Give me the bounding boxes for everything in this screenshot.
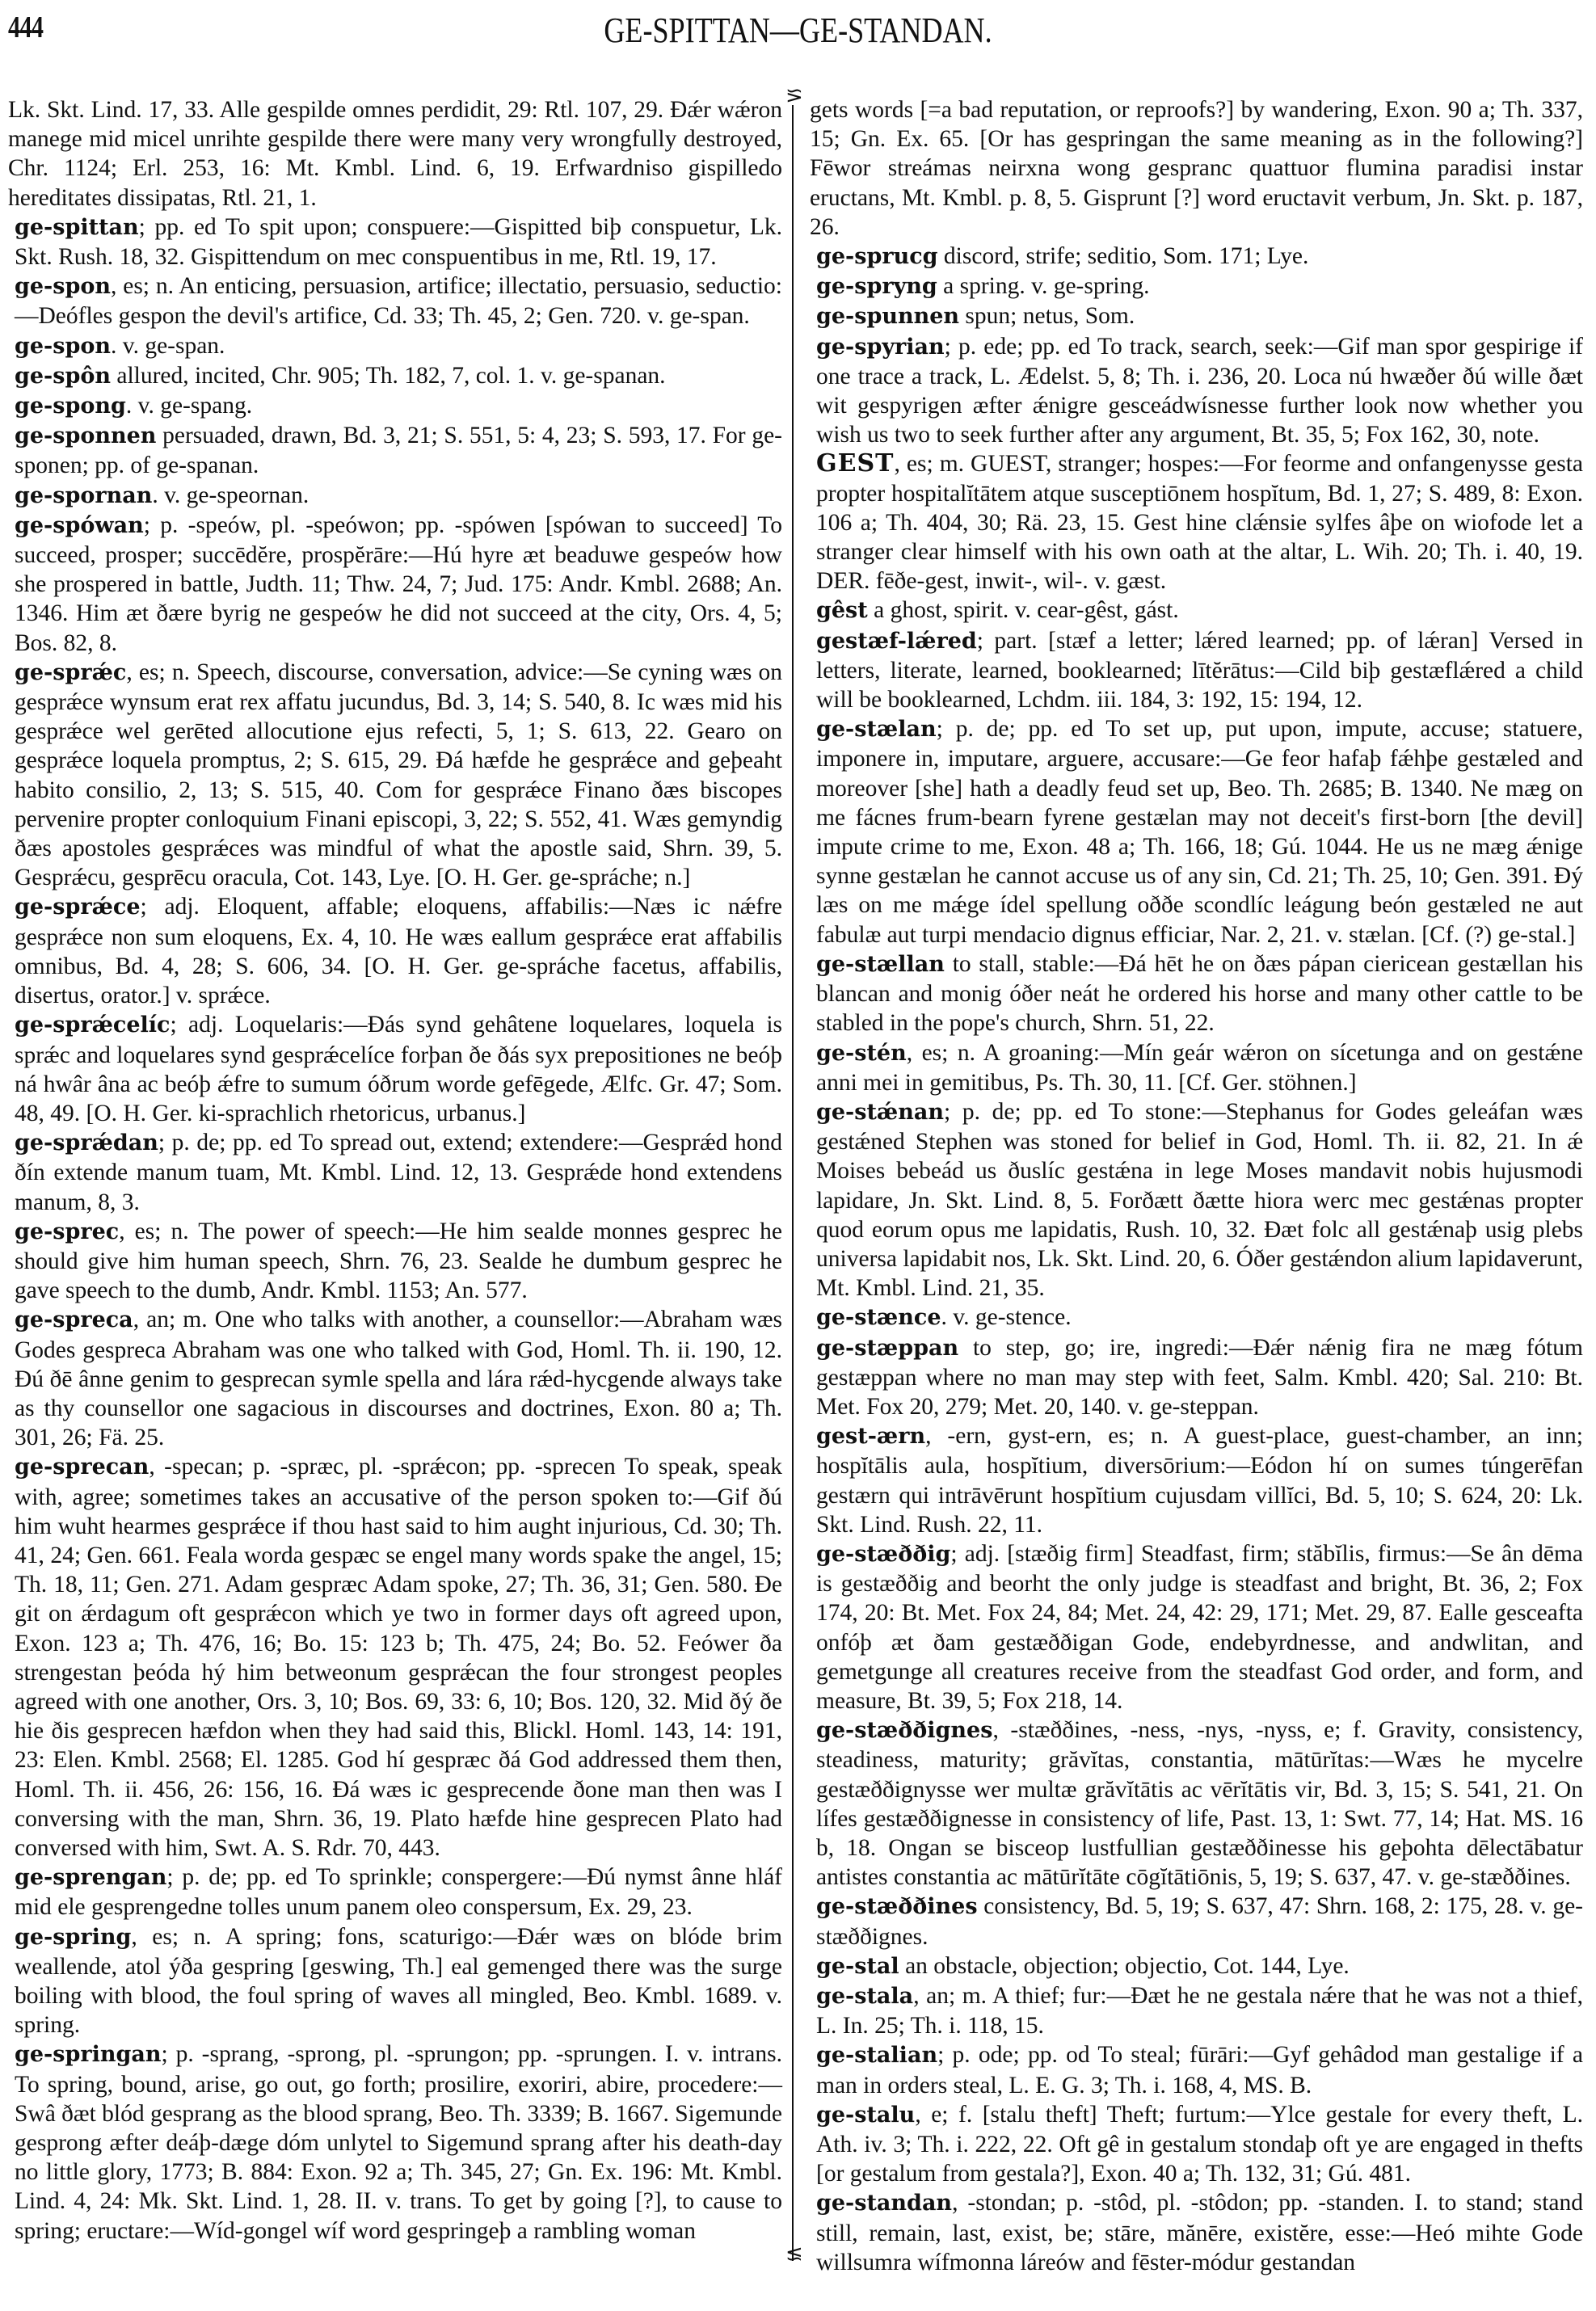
dictionary-entry: ge-spyrian; p. ede; pp. ed To track, sea… <box>810 332 1583 450</box>
headword: ge-stal <box>816 1954 899 1979</box>
page-header: 444 GE-SPITTAN—GE-STANDAN. <box>8 10 1588 58</box>
running-head: GE-SPITTAN—GE-STANDAN. <box>150 10 1446 51</box>
headword: ge-stalu <box>816 2103 915 2128</box>
headword: ge-stæððignes <box>816 1718 992 1743</box>
headword: ge-stæppan <box>816 1336 958 1361</box>
headword: ge-sprǽc <box>15 660 126 685</box>
dictionary-entry: ge-spryng a spring. v. ge-spring. <box>810 272 1583 301</box>
headword: ge-sprecan <box>15 1454 149 1480</box>
entry-continuation: gets words [=a bad reputation, or reproo… <box>810 95 1583 242</box>
dictionary-entry: ge-sprǽdan; p. de; pp. ed To spread out,… <box>8 1128 782 1217</box>
dictionary-entry: ge-spon. v. ge-span. <box>8 331 782 361</box>
dictionary-entry: ge-spittan; pp. ed To spit upon; conspue… <box>8 213 782 272</box>
dictionary-entry: ge-sponnen persuaded, drawn, Bd. 3, 21; … <box>8 421 782 480</box>
dictionary-entry: ge-stæððines consistency, Bd. 5, 19; S. … <box>810 1892 1583 1951</box>
headword: ge-sponnen <box>15 423 156 448</box>
dictionary-entry: ge-stællan to stall, stable:—Ðá hēt he o… <box>810 949 1583 1038</box>
definition-text: a ghost, spirit. v. cear-gêst, gást. <box>868 597 1179 623</box>
dictionary-entry: ge-sprec, es; n. The power of speech:—He… <box>8 1217 782 1306</box>
headword: GEST <box>816 449 894 478</box>
headword: ge-stænce <box>816 1305 941 1330</box>
left-column: Lk. Skt. Lind. 17, 33. Alle gespilde omn… <box>8 95 782 2246</box>
headword: ge-stæððines <box>816 1894 978 1919</box>
definition-text: , e; f. [stalu theft] Theft; furtum:—Ylc… <box>816 2102 1583 2187</box>
headword: gestæf-lǽred <box>816 629 977 654</box>
clasp-ornament-icon: ⪞ <box>785 86 803 107</box>
clasp-ornament-icon: ⪞ <box>785 2243 803 2264</box>
definition-text: an obstacle, objection; objectio, Cot. 1… <box>899 1953 1350 1979</box>
dictionary-entry: ge-sprǽce; adj. Eloquent, affable; eloqu… <box>8 892 782 1010</box>
dictionary-entry: gêst a ghost, spirit. v. cear-gêst, gást… <box>810 596 1583 625</box>
dictionary-entry: ge-stæððignes, -stæððines, -ness, -nys, … <box>810 1715 1583 1892</box>
headword: ge-spryng <box>816 274 937 299</box>
headword: ge-stællan <box>816 952 945 977</box>
dictionary-entry: ge-stén, es; n. A groaning:—Mín geár wǽr… <box>810 1038 1583 1097</box>
dictionary-entry: ge-spówan; p. -speów, pl. -speówon; pp. … <box>8 511 782 658</box>
headword: ge-spornan <box>15 483 152 508</box>
dictionary-entry: gestæf-lǽred; part. [stæf a letter; lǽre… <box>810 626 1583 715</box>
dictionary-entry: ge-sprǽcelíc; adj. Loquelaris:—Ðás synd … <box>8 1010 782 1128</box>
dictionary-entry: ge-standan, -stondan; p. -stôd, pl. -stô… <box>810 2188 1583 2277</box>
dictionary-entry: ge-stænce. v. ge-stence. <box>810 1303 1583 1332</box>
headword: ge-stalian <box>816 2043 937 2068</box>
definition-text: gets words [=a bad reputation, or reproo… <box>810 97 1583 240</box>
headword: ge-sprǽcelíc <box>15 1012 170 1038</box>
headword: ge-sprec <box>15 1219 119 1244</box>
definition-text: , an; m. A thief; fur:—Ðæt he ne gestala… <box>816 1983 1583 2039</box>
dictionary-entry: ge-stal an obstacle, objection; objectio… <box>810 1951 1583 1981</box>
definition-text: , es; n. An enticing, persuasion, artifi… <box>15 273 782 329</box>
headword: ge-spôn <box>15 364 111 389</box>
column-divider <box>792 105 794 2261</box>
headword: ge-spon <box>15 274 111 299</box>
right-column: gets words [=a bad reputation, or reproo… <box>810 95 1583 2277</box>
definition-text: spun; netus, Som. <box>959 303 1135 329</box>
entry-continuation: Lk. Skt. Lind. 17, 33. Alle gespilde omn… <box>8 95 782 213</box>
headword: ge-stǽnan <box>816 1100 944 1125</box>
dictionary-entry: ge-stalu, e; f. [stalu theft] Theft; fur… <box>810 2100 1583 2189</box>
dictionary-entry: gest-ærn, -ern, gyst-ern, es; n. A guest… <box>810 1421 1583 1539</box>
page-number: 444 <box>8 10 43 45</box>
definition-text: , -ern, gyst-ern, es; n. A guest-place, … <box>816 1423 1583 1538</box>
definition-text: , -specan; p. -spræc, pl. -sprǽcon; pp. … <box>15 1454 782 1861</box>
headword: ge-spong <box>15 394 126 419</box>
dictionary-entry: ge-spring, es; n. A spring; fons, scatur… <box>8 1922 782 2040</box>
headword: ge-spring <box>15 1925 131 1950</box>
definition-text: ; p. de; pp. ed To set up, put upon, imp… <box>816 716 1583 947</box>
headword: ge-standan <box>816 2191 952 2216</box>
dictionary-entry: ge-spunnen spun; netus, Som. <box>810 301 1583 331</box>
headword: ge-spreca <box>15 1307 133 1332</box>
headword: ge-sprǽdan <box>15 1130 158 1155</box>
dictionary-entry: ge-sprucg discord, strife; seditio, Som.… <box>810 242 1583 272</box>
headword: ge-stælan <box>816 717 937 742</box>
headword: ge-spówan <box>15 513 144 538</box>
dictionary-entry: ge-stǽnan; p. de; pp. ed To stone:—Steph… <box>810 1097 1583 1303</box>
definition-text: ; adj. [stæðig firm] Steadfast, firm; st… <box>816 1541 1583 1714</box>
dictionary-entry: ge-sprengan; p. de; pp. ed To sprinkle; … <box>8 1863 782 1922</box>
headword: ge-springan <box>15 2042 161 2067</box>
dictionary-entry: ge-springan; p. -sprang, -sprong, pl. -s… <box>8 2039 782 2245</box>
dictionary-entry: ge-stælan; p. de; pp. ed To set up, put … <box>810 714 1583 949</box>
dictionary-entry: ge-sprǽc, es; n. Speech, discourse, conv… <box>8 658 782 893</box>
definition-text: . v. ge-span. <box>111 333 225 359</box>
dictionary-entry: GEST, es; m. GUEST, stranger; hospes:—Fo… <box>810 449 1583 596</box>
dictionary-entry: ge-stæppan to step, go; ire, ingredi:—Ðǽ… <box>810 1333 1583 1422</box>
dictionary-entry: ge-stalian; p. ode; pp. od To steal; fūr… <box>810 2040 1583 2099</box>
headword: ge-spittan <box>15 215 139 240</box>
headword: ge-sprucg <box>816 244 938 269</box>
dictionary-columns: Lk. Skt. Lind. 17, 33. Alle gespilde omn… <box>8 95 1588 2261</box>
definition-text: ; p. -sprang, -sprong, pl. -sprungon; pp… <box>15 2041 782 2243</box>
headword: ge-spyrian <box>816 335 945 360</box>
dictionary-entry: ge-stæððig; adj. [stæðig firm] Steadfast… <box>810 1539 1583 1715</box>
headword: gêst <box>816 598 868 623</box>
headword: ge-spon <box>15 334 111 359</box>
definition-text: , -stæððines, -ness, -nys, -nyss, e; f. … <box>816 1717 1583 1890</box>
definition-text: allured, incited, Chr. 905; Th. 182, 7, … <box>111 363 666 389</box>
definition-text: . v. ge-spang. <box>126 393 252 419</box>
dictionary-entry: ge-stala, an; m. A thief; fur:—Ðæt he ne… <box>810 1981 1583 2040</box>
definition-text: , es; m. GUEST, stranger; hospes:—For fe… <box>816 451 1583 594</box>
definition-text: . v. ge-speornan. <box>152 482 309 508</box>
definition-text: ; p. de; pp. ed To stone:—Stephanus for … <box>816 1099 1583 1301</box>
definition-text: discord, strife; seditio, Som. 171; Lye. <box>938 243 1309 269</box>
headword: ge-spunnen <box>816 304 959 329</box>
headword: ge-stæððig <box>816 1542 950 1567</box>
definition-text: a spring. v. ge-spring. <box>937 273 1150 299</box>
headword: ge-stala <box>816 1984 913 2009</box>
dictionary-entry: ge-spon, es; n. An enticing, persuasion,… <box>8 272 782 330</box>
headword: ge-sprengan <box>15 1865 166 1890</box>
dictionary-entry: ge-spôn allured, incited, Chr. 905; Th. … <box>8 361 782 391</box>
definition-text: . v. ge-stence. <box>941 1304 1072 1330</box>
dictionary-entry: ge-spreca, an; m. One who talks with ano… <box>8 1305 782 1452</box>
definition-text: Lk. Skt. Lind. 17, 33. Alle gespilde omn… <box>8 97 782 211</box>
headword: gest-ærn <box>816 1424 925 1449</box>
dictionary-entry: ge-spornan. v. ge-speornan. <box>8 481 782 511</box>
dictionary-entry: ge-sprecan, -specan; p. -spræc, pl. -spr… <box>8 1452 782 1863</box>
definition-text: , es; n. The power of speech:—He him sea… <box>15 1219 782 1303</box>
dictionary-entry: ge-spong. v. ge-spang. <box>8 391 782 421</box>
headword: ge-stén <box>816 1041 907 1066</box>
definition-text: , es; n. Speech, discourse, conversation… <box>15 659 782 890</box>
definition-text: , es; n. A groaning:—Mín geár wǽron on s… <box>816 1040 1583 1096</box>
headword: ge-sprǽce <box>15 895 141 920</box>
